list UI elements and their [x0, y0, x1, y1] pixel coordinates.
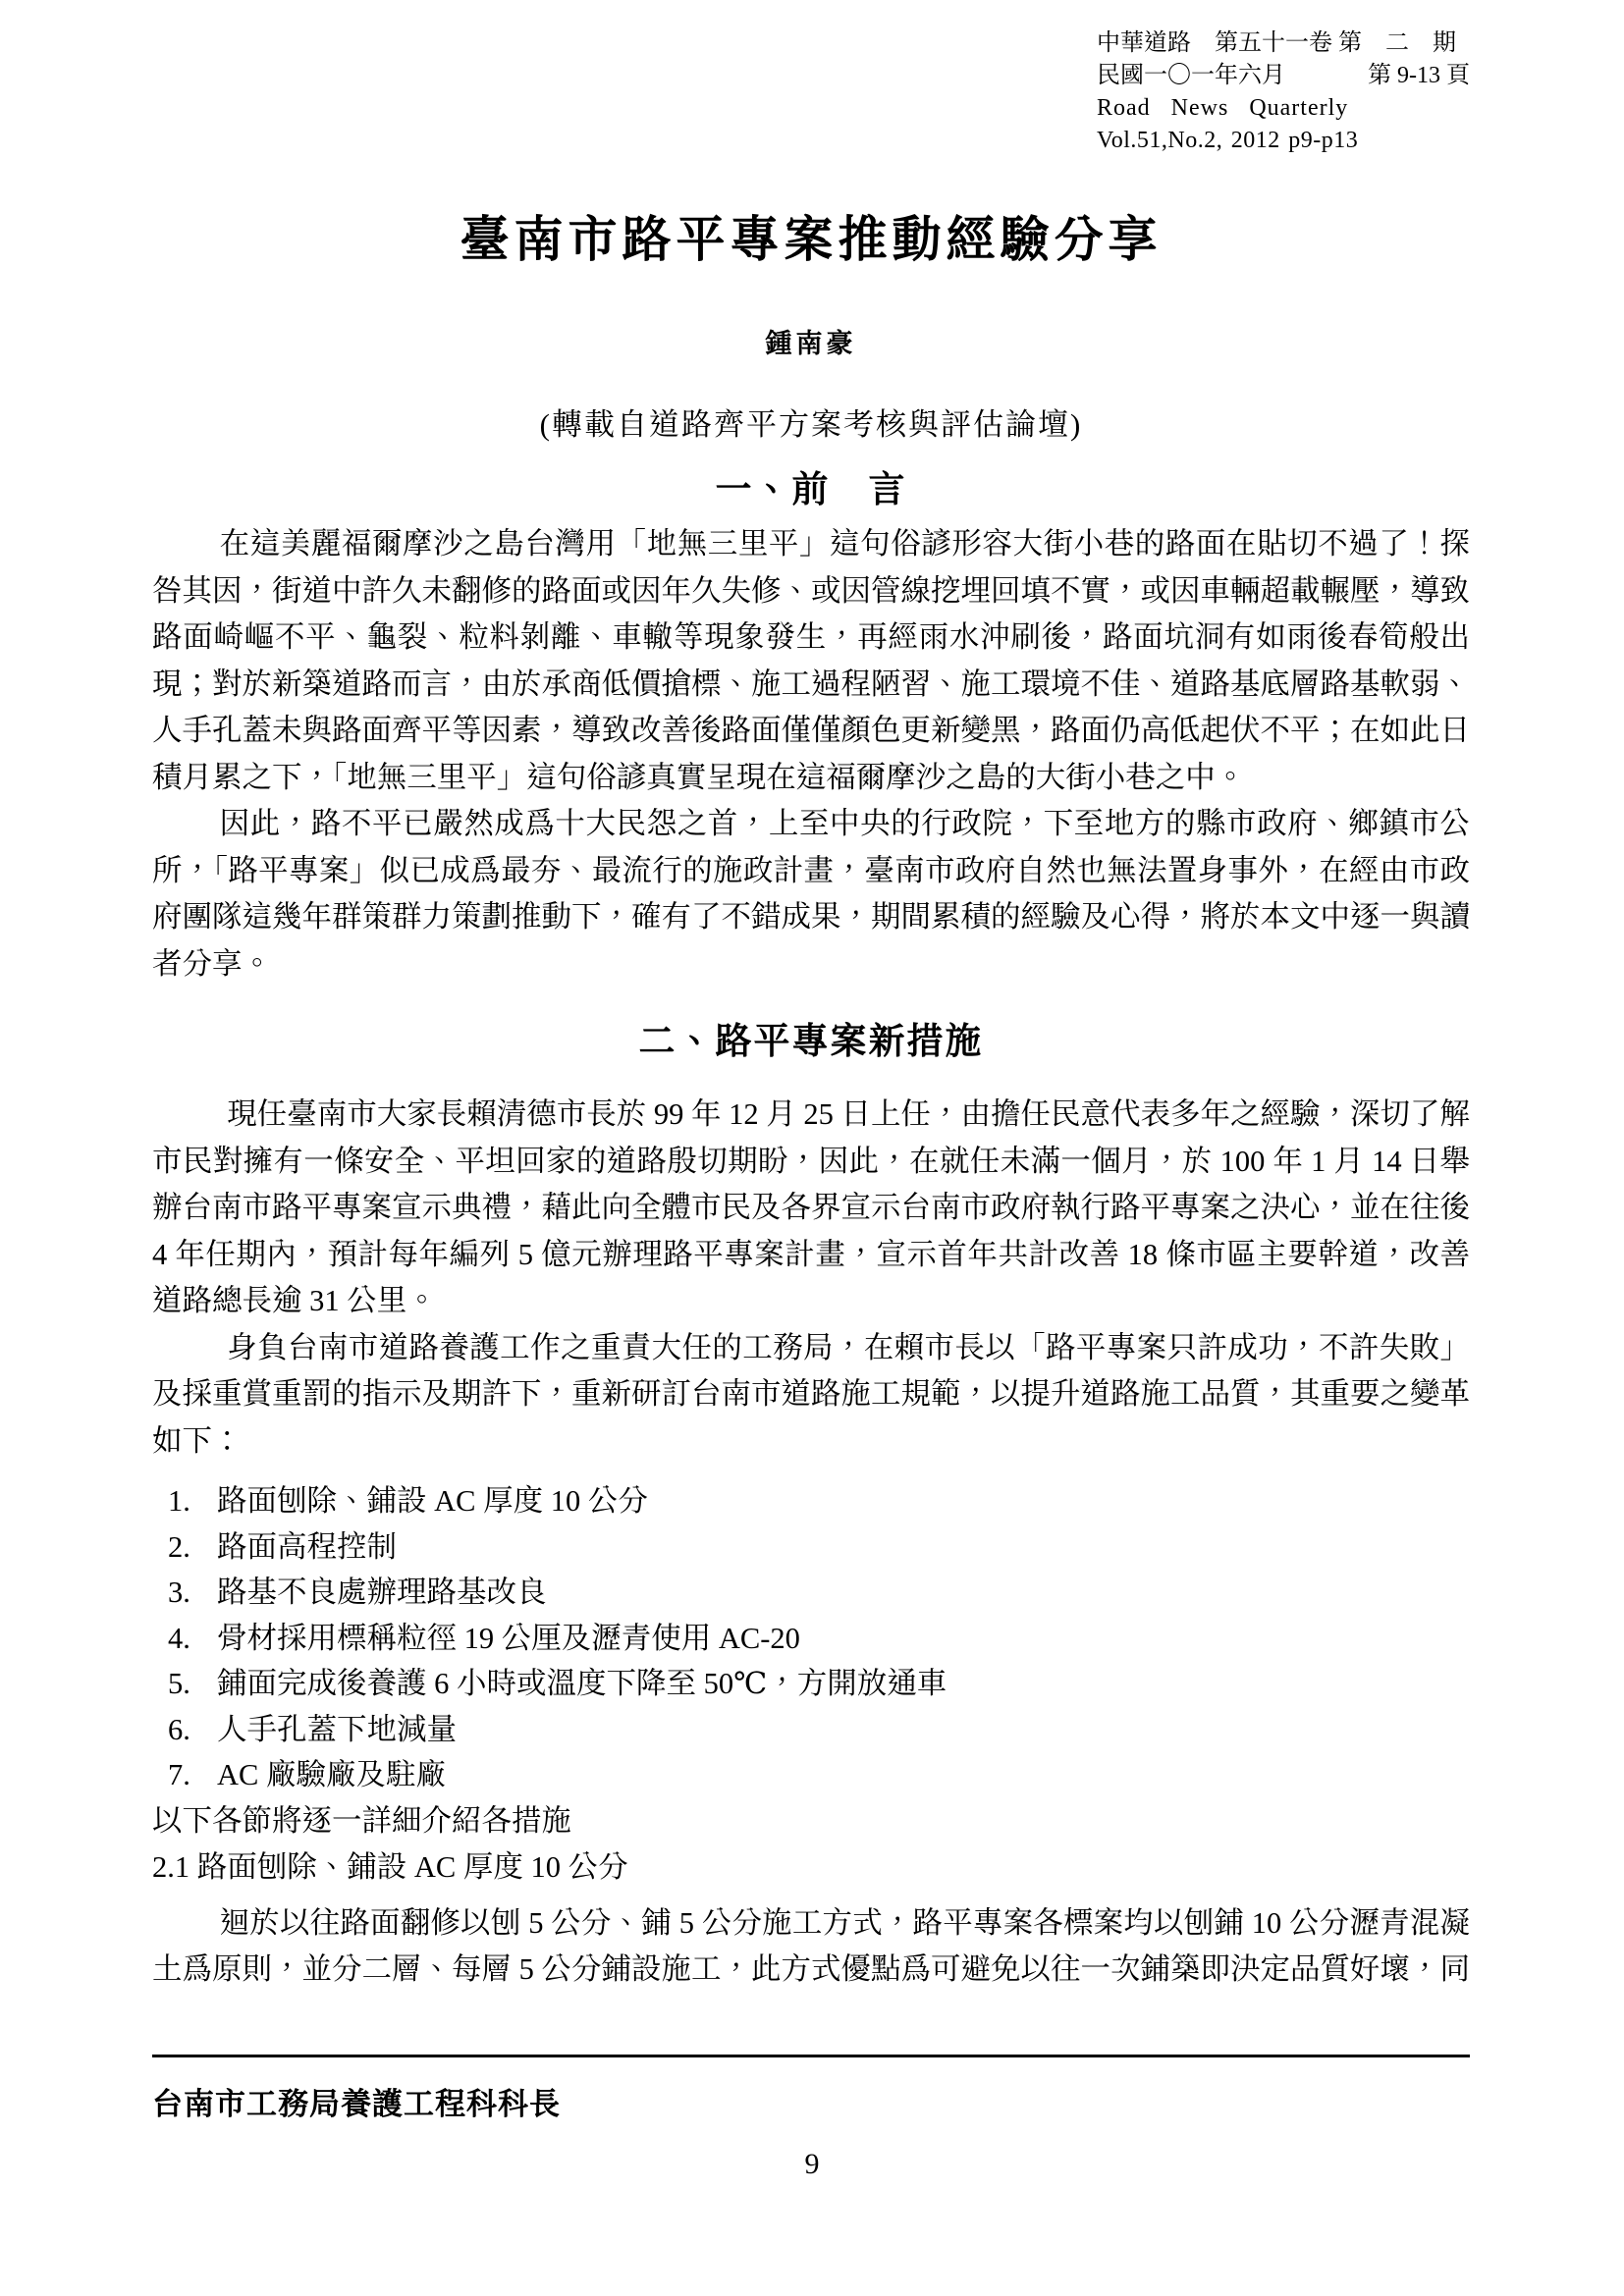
list-outro: 以下各節將逐一詳細介紹各措施	[152, 1798, 1470, 1845]
list-item: 1. 路面刨除、鋪設 AC 厚度 10 公分	[152, 1478, 1470, 1524]
list-item-text: AC 廠驗廠及駐廠	[217, 1752, 446, 1798]
section-heading-1: 一、前 言	[152, 459, 1470, 512]
list-item: 6. 人手孔蓋下地減量	[152, 1707, 1470, 1753]
section1-paragraph-2: 因此，路不平已嚴然成爲十大民怨之首，上至中央的行政院，下至地方的縣市政府、鄉鎮市…	[152, 801, 1470, 988]
measures-list: 1. 路面刨除、鋪設 AC 厚度 10 公分 2. 路面高程控制 3. 路基不良…	[152, 1478, 1470, 1798]
masthead-pages: 第 9-13 頁	[1368, 60, 1470, 92]
list-item: 7. AC 廠驗廠及駐廠	[152, 1752, 1470, 1798]
list-item-number: 2.	[152, 1524, 217, 1571]
article-title: 臺南市路平專案推動經驗分享	[152, 200, 1470, 271]
footnote-author-affiliation: 台南市工務局養護工程科科長	[152, 2079, 1470, 2123]
footnote-block: 台南市工務局養護工程科科長	[152, 2055, 1470, 2123]
journal-masthead: 中華道路 第五十一卷 第 二 期 民國一〇一年六月 第 9-13 頁 Road …	[1097, 27, 1470, 157]
subsection-heading-2-1: 2.1 路面刨除、鋪設 AC 厚度 10 公分	[152, 1844, 1470, 1892]
list-item-text: 路面刨除、鋪設 AC 厚度 10 公分	[217, 1478, 648, 1524]
list-item-number: 7.	[152, 1752, 217, 1798]
section-heading-2: 二、路平專案新措施	[152, 1011, 1470, 1064]
list-item: 5. 鋪面完成後養護 6 小時或溫度下降至 50℃，方開放通車	[152, 1661, 1470, 1707]
list-item-text: 人手孔蓋下地減量	[217, 1707, 457, 1753]
list-item-text: 路基不良處辦理路基改良	[217, 1570, 547, 1616]
list-item-number: 6.	[152, 1707, 217, 1753]
footnote-divider	[152, 2055, 1470, 2057]
list-item-text: 骨材採用標稱粒徑 19 公厘及瀝青使用 AC-20	[217, 1616, 800, 1662]
list-item: 4. 骨材採用標稱粒徑 19 公厘及瀝青使用 AC-20	[152, 1616, 1470, 1662]
list-item: 2. 路面高程控制	[152, 1524, 1470, 1571]
section2-paragraph-1: 現任臺南市大家長賴清德市長於 99 年 12 月 25 日上任，由擔任民意代表多…	[152, 1092, 1470, 1325]
list-item-number: 5.	[152, 1661, 217, 1707]
section2-paragraph-2: 身負台南市道路養護工作之重責大任的工務局，在賴市長以「路平專案只許成功，不許失敗…	[152, 1325, 1470, 1466]
reprint-note: (轉載自道路齊平方案考核與評估論壇)	[152, 400, 1470, 444]
section2-paragraph-3: 迴於以往路面翻修以刨 5 公分、鋪 5 公分施工方式，路平專案各標案均以刨鋪 1…	[152, 1900, 1470, 1994]
masthead-journal-name-en: Road News Quarterly	[1097, 92, 1470, 125]
page-number: 9	[0, 2148, 1624, 2181]
list-item-number: 4.	[152, 1616, 217, 1662]
list-item: 3. 路基不良處辦理路基改良	[152, 1570, 1470, 1616]
list-item-text: 路面高程控制	[217, 1524, 397, 1571]
list-item-number: 1.	[152, 1478, 217, 1524]
list-item-text: 鋪面完成後養護 6 小時或溫度下降至 50℃，方開放通車	[217, 1661, 947, 1707]
masthead-date: 民國一〇一年六月	[1097, 60, 1285, 92]
section1-paragraph-1: 在這美麗福爾摩沙之島台灣用「地無三里平」這句俗諺形容大街小巷的路面在貼切不過了！…	[152, 521, 1470, 801]
list-item-number: 3.	[152, 1570, 217, 1616]
masthead-volume-line: 中華道路 第五十一卷 第 二 期	[1097, 27, 1470, 60]
masthead-date-line: 民國一〇一年六月 第 9-13 頁	[1097, 60, 1470, 92]
masthead-volume-en: Vol.51,No.2, 2012 p9-p13	[1097, 125, 1470, 157]
author-name: 鍾南豪	[152, 322, 1470, 360]
journal-page: 中華道路 第五十一卷 第 二 期 民國一〇一年六月 第 9-13 頁 Road …	[0, 0, 1624, 2296]
